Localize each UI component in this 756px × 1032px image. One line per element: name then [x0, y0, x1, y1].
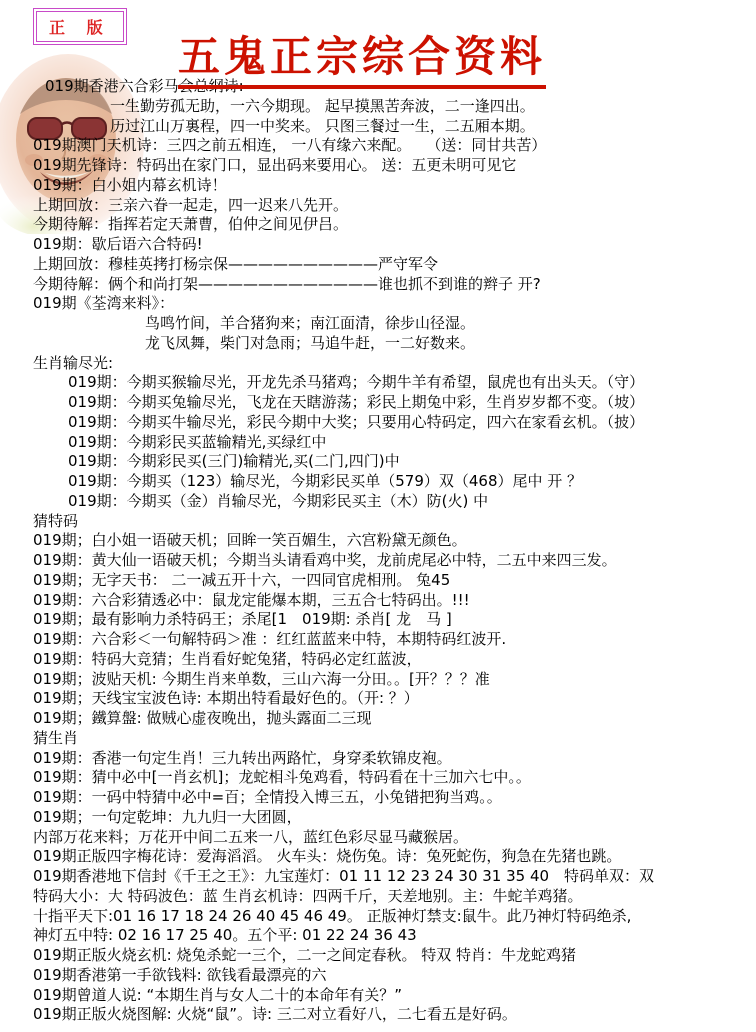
text-line: 019期；波贴天机: 今期生肖来单数，三山六海一分田。。[开？？？准: [33, 670, 756, 690]
text-line: 019期：白小姐内幕玄机诗！: [33, 176, 756, 196]
text-line: 019期；最有影响力杀特码王；杀尾[1 019期: 杀肖[ 龙 马 ]: [33, 610, 756, 630]
text-line: 019期：今期买（金）肖输尽光，今期彩民买主（木）防(火) 中: [68, 492, 756, 512]
text-line: 019期香港地下信封《千王之王》：九宝莲灯：01 11 12 23 24 30 …: [33, 867, 756, 887]
text-line: 019期；一句定乾坤：九九归一大团圆，: [33, 808, 756, 828]
authentic-badge: 正 版: [33, 8, 127, 45]
text-line: 019期；天线宝宝波色诗: 本期出特看最好色的。（开: ？）: [33, 689, 756, 709]
text-line: 上期回放：穆桂英拷打杨宗保——————————严守军令: [33, 255, 756, 275]
text-line: 019期先锋诗：特码出在家门口，显出码来要用心。 送：五更未明可见它: [33, 156, 756, 176]
text-line: 猜生肖: [33, 729, 756, 749]
text-line: 今期待解：指挥若定天萧曹，伯仲之间见伊吕。: [33, 215, 756, 235]
page-title: 五鬼正宗综合资料: [178, 24, 546, 89]
text-line: 019期：歇后语六合特码!: [33, 235, 756, 255]
text-line: 龙飞凤舞，柴门对急雨；马追牛赶，一二好数来。: [145, 334, 756, 354]
text-line: 019期：六合彩猜透必中：鼠龙定能爆本期，三五合七特码出。!!!: [33, 591, 756, 611]
text-line: 019期：六合彩＜一句解特码＞准 ：红红蓝蓝来中特，本期特码红波开.: [33, 630, 756, 650]
text-line: 019期；鐵算盤: 做贼心虚夜晚出，抛头露面二三现: [33, 709, 756, 729]
text-line: 今期待解：俩个和尚打架————————————谁也抓不到谁的辫子 开?: [33, 275, 756, 295]
content-lines: 019期香港六合彩马会总纲诗:一生勤劳孤无助，一六今期现。 起早摸黑苦奔波，二一…: [0, 77, 756, 1025]
text-line: 019期：今期买兔输尽光，飞龙在天瞎游荡；彩民上期兔中彩，生肖岁岁都不变。（坡）: [68, 393, 756, 413]
text-line: 内部万花来料；万花开中间二五来一八，蓝红色彩尽显马藏猴居。: [33, 828, 756, 848]
text-line: 019期正版火烧玄机: 烧兔杀蛇一三个，二一之间定春秋。 特双 特肖：牛龙蛇鸡猪: [33, 946, 756, 966]
text-line: 十指平天下:01 16 17 18 24 26 40 45 46 49。 正版神…: [33, 907, 756, 927]
text-line: 神灯五中特: 02 16 17 25 40。五个平: 01 22 24 36 4…: [33, 926, 756, 946]
text-line: 历过江山万裏程，四一中奖来。 只图三餐过一生，二五厢本期。: [110, 117, 756, 137]
text-line: 特码大小：大 特码波色：蓝 生肖玄机诗：四两千斤，天差地别。主：牛蛇羊鸡猪。: [33, 887, 756, 907]
text-line: 019期澳门天机诗：三四之前五相连， 一八有缘六来配。 （送：同甘共苦）: [33, 136, 756, 156]
text-line: 019期：黄大仙一语破天机；今期当头请看鸡中奖，龙前虎尾必中特，二五中来四三发。: [33, 551, 756, 571]
page: 正 版: [0, 0, 756, 1032]
text-line: 鸟鸣竹间，羊合猪狗来；南江面清，徐步山径湿。: [145, 314, 756, 334]
text-line: 生肖输尽光:: [33, 354, 756, 374]
text-line: 019期：特码大竞猜；生肖看好蛇兔猪，特码必定红蓝波，: [33, 650, 756, 670]
text-line: 019期；白小姐一语破天机；回眸一笑百媚生，六宫粉黛无颜色。: [33, 531, 756, 551]
text-line: 019期：今期买猴输尽光，开龙先杀马猪鸡；今期牛羊有希望，鼠虎也有出头天。（守）: [68, 373, 756, 393]
text-line: 019期：今期彩民买(三门)输精光,买(二门,四门)中: [68, 452, 756, 472]
text-line: 019期；无字天书： 二一减五开十六，一四同官虎相刑。 兔45: [33, 571, 756, 591]
text-line: 019期香港第一手欲钱料: 欲钱看最漂亮的六: [33, 966, 756, 986]
text-line: 一生勤劳孤无助，一六今期现。 起早摸黑苦奔波，二一逢四出。: [110, 97, 756, 117]
text-line: 019期正版火烧图解: 火烧“鼠”。诗: 三二对立看好八，二七看五是好码。: [33, 1005, 756, 1025]
text-line: 019期《荃湾来料》：: [33, 294, 756, 314]
text-line: 019期：今期彩民买蓝输精光,买绿红中: [68, 433, 756, 453]
text-line: 019期：猜中必中[一肖玄机]；龙蛇相斗兔鸡看，特码看在十三加六七中。。: [33, 768, 756, 788]
text-line: 019期：今期买牛输尽光，彩民今期中大奖；只要用心特码定，四六在家看玄机。（披）: [68, 413, 756, 433]
text-line: 019期：一码中特猜中必中=百；全情投入博三五，小兔错把狗当鸡。。: [33, 788, 756, 808]
text-line: 猜特码: [33, 512, 756, 532]
text-line: 019期：今期买（123）输尽光，今期彩民买单（579）双（468）尾中 开 ？: [68, 472, 756, 492]
text-line: 上期回放：三亲六眷一起走，四一迟来八先开。: [33, 196, 756, 216]
text-line: 019期曾道人说: “本期生肖与女人二十的本命年有关？”: [33, 986, 756, 1006]
text-line: 019期正版四字梅花诗：爱海滔滔。 火车头：烧伤兔。诗：兔死蛇伤，狗急在先猪也跳…: [33, 847, 756, 867]
text-line: 019期：香港一句定生肖！三九转出两路忙，身穿柔软锦皮袍。: [33, 749, 756, 769]
